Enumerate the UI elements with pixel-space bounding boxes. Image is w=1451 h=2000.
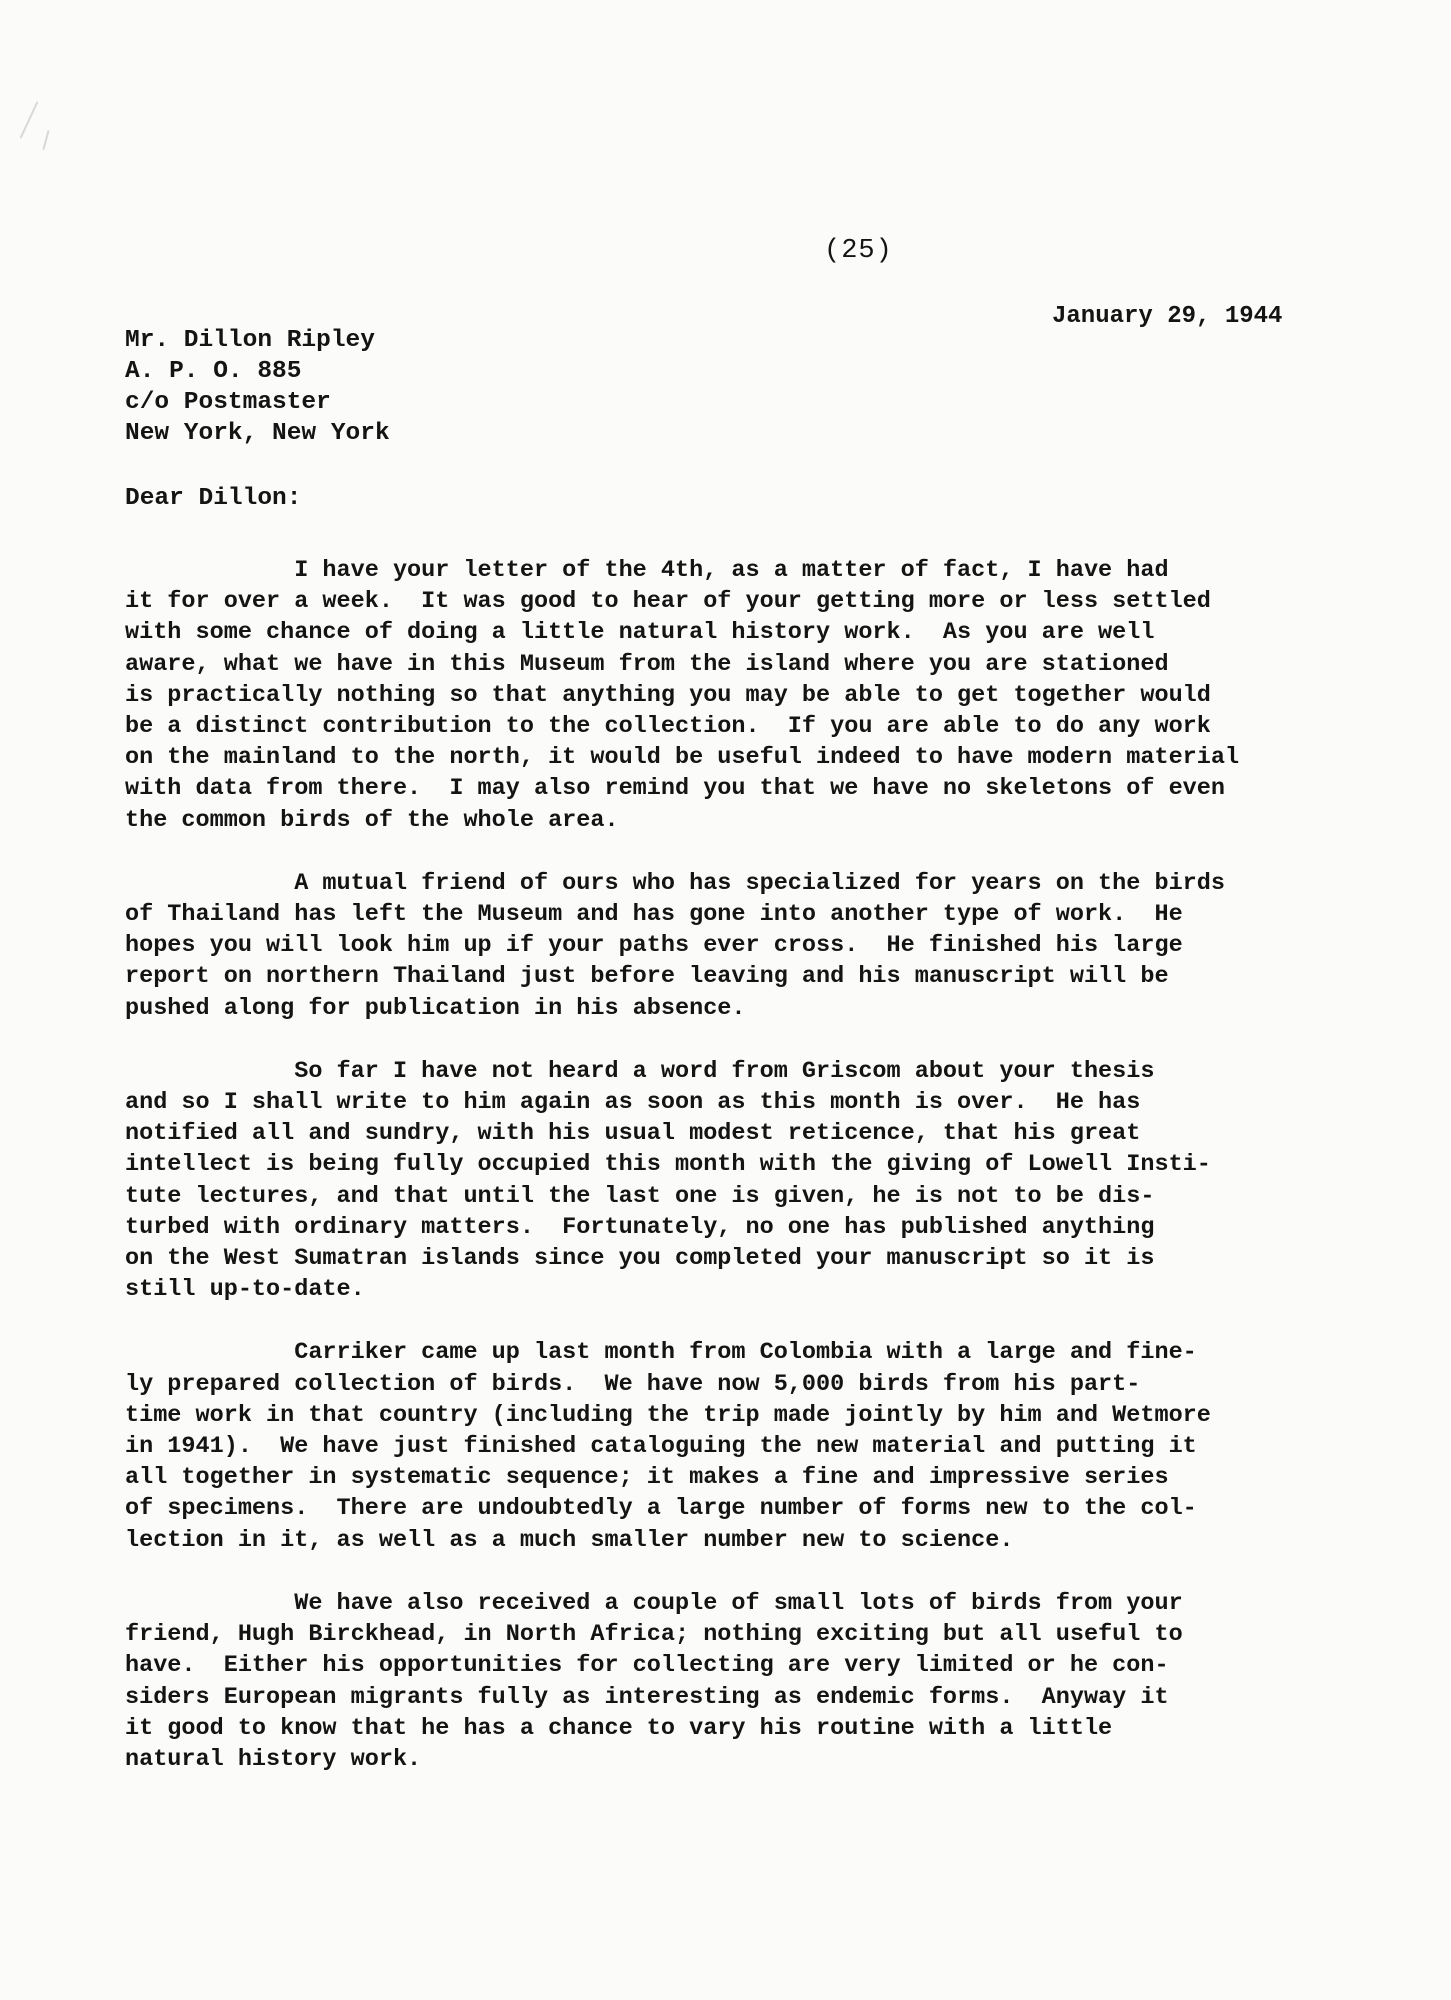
paragraph-line: natural history work. [125, 1744, 1395, 1775]
paper-mark [42, 130, 49, 150]
paragraph-line: So far I have not heard a word from Gris… [125, 1056, 1395, 1087]
paragraph-line: tute lectures, and that until the last o… [125, 1181, 1395, 1212]
paragraph-line: report on northern Thailand just before … [125, 961, 1395, 992]
address-line: New York, New York [125, 418, 390, 449]
address-line: A. P. O. 885 [125, 356, 390, 387]
paragraph-line: in 1941). We have just finished catalogu… [125, 1431, 1395, 1462]
letter-date: January 29, 1944 [1052, 303, 1282, 330]
paper-mark [20, 101, 39, 138]
paragraph-line: pushed along for publication in his abse… [125, 993, 1395, 1024]
paragraph-line: turbed with ordinary matters. Fortunatel… [125, 1212, 1395, 1243]
paragraph-line: of Thailand has left the Museum and has … [125, 899, 1395, 930]
paragraph-line: and so I shall write to him again as soo… [125, 1087, 1395, 1118]
paragraph-line: hopes you will look him up if your paths… [125, 930, 1395, 961]
recipient-address: Mr. Dillon Ripley A. P. O. 885 c/o Postm… [125, 325, 390, 449]
letter-paragraph: I have your letter of the 4th, as a matt… [125, 555, 1395, 836]
paragraph-line: notified all and sundry, with his usual … [125, 1118, 1395, 1149]
letter-paragraph: We have also received a couple of small … [125, 1588, 1395, 1775]
paragraph-line: siders European migrants fully as intere… [125, 1682, 1395, 1713]
paragraph-line: it for over a week. It was good to hear … [125, 586, 1395, 617]
paragraph-line: Carriker came up last month from Colombi… [125, 1337, 1395, 1368]
letter-paragraph: So far I have not heard a word from Gris… [125, 1056, 1395, 1306]
paragraph-line: ly prepared collection of birds. We have… [125, 1369, 1395, 1400]
paragraph-line: with some chance of doing a little natur… [125, 617, 1395, 648]
paragraph-line: on the West Sumatran islands since you c… [125, 1243, 1395, 1274]
page-number: (25) [824, 236, 893, 266]
paragraph-line: time work in that country (including the… [125, 1400, 1395, 1431]
paragraph-line: it good to know that he has a chance to … [125, 1713, 1395, 1744]
paragraph-line: on the mainland to the north, it would b… [125, 742, 1395, 773]
address-line: c/o Postmaster [125, 387, 390, 418]
paragraph-line: intellect is being fully occupied this m… [125, 1149, 1395, 1180]
paragraph-line: aware, what we have in this Museum from … [125, 649, 1395, 680]
letter-paragraph: Carriker came up last month from Colombi… [125, 1337, 1395, 1555]
paragraph-line: lection in it, as well as a much smaller… [125, 1525, 1395, 1556]
paragraph-line: be a distinct contribution to the collec… [125, 711, 1395, 742]
paragraph-line: with data from there. I may also remind … [125, 773, 1395, 804]
paragraph-line: all together in systematic sequence; it … [125, 1462, 1395, 1493]
salutation: Dear Dillon: [125, 485, 301, 512]
paragraph-line: have. Either his opportunities for colle… [125, 1650, 1395, 1681]
paragraph-line: I have your letter of the 4th, as a matt… [125, 555, 1395, 586]
paragraph-line: still up-to-date. [125, 1274, 1395, 1305]
letter-body: I have your letter of the 4th, as a matt… [125, 555, 1395, 1807]
paragraph-line: is practically nothing so that anything … [125, 680, 1395, 711]
paragraph-line: We have also received a couple of small … [125, 1588, 1395, 1619]
paragraph-line: of specimens. There are undoubtedly a la… [125, 1493, 1395, 1524]
paragraph-line: A mutual friend of ours who has speciali… [125, 868, 1395, 899]
letter-paragraph: A mutual friend of ours who has speciali… [125, 868, 1395, 1024]
paragraph-line: the common birds of the whole area. [125, 805, 1395, 836]
address-line: Mr. Dillon Ripley [125, 325, 390, 356]
paragraph-line: friend, Hugh Birckhead, in North Africa;… [125, 1619, 1395, 1650]
